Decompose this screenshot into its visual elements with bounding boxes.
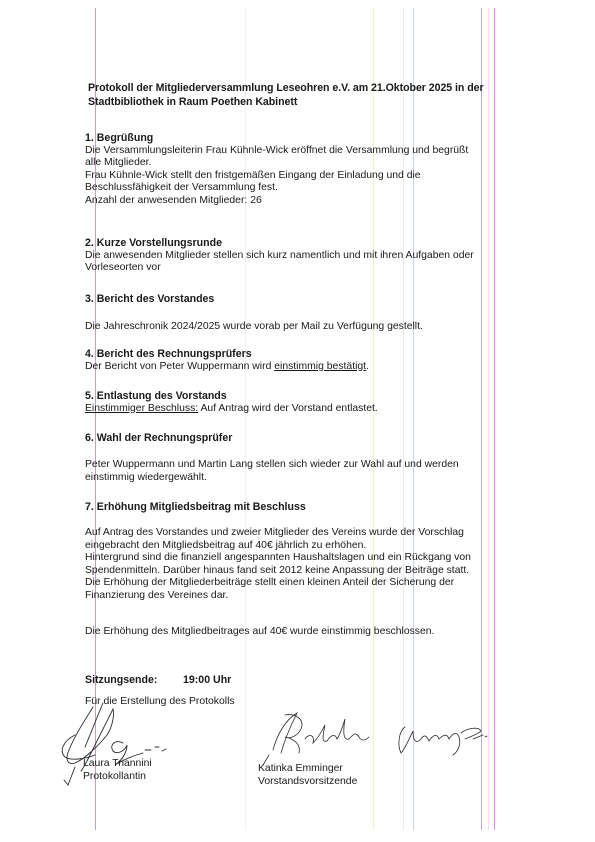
text-line: eingebracht den Mitgliedsbeitrag auf 40€… (85, 540, 555, 553)
text-line: Auf Antrag des Vorstandes und zweier Mit… (85, 527, 555, 540)
section-heading: 4. Bericht des Rechnungsprüfers (85, 348, 555, 361)
text-line: Spendenmitteln. Darüber hinaus fand seit… (85, 565, 555, 578)
text-line: Anzahl der anwesenden Mitglieder: 26 (85, 195, 555, 208)
text-fragment: Auf Antrag wird der Vorstand entlastet. (198, 403, 378, 414)
section-6: 6. Wahl der Rechnungsprüfer (85, 432, 555, 445)
section-6-body: Peter Wuppermann und Martin Lang stellen… (85, 459, 555, 484)
section-heading: 1. Begrüßung (85, 132, 555, 145)
section-5: 5. Entlastung des Vorstands Einstimmiger… (85, 390, 555, 415)
text-line: Finanzierung des Vereines dar. (85, 590, 555, 603)
text-line: Beschlussfähigkeit der Versammlung fest. (85, 182, 555, 195)
section-7-body: Auf Antrag des Vorstandes und zweier Mit… (85, 527, 555, 603)
section-7: 7. Erhöhung Mitgliedsbeitrag mit Beschlu… (85, 501, 555, 514)
section-heading: 3. Bericht des Vorstandes (85, 293, 555, 306)
signatory-1: Laura Triannini Protokollantin (83, 757, 152, 783)
session-end-time: 19:00 Uhr (183, 674, 231, 686)
section-1: 1. Begrüßung Die Versammlungsleiterin Fr… (85, 132, 555, 208)
section-3: 3. Bericht des Vorstandes (85, 293, 555, 306)
title-line: Protokoll der Mitgliederversammlung Lese… (88, 81, 558, 95)
section-heading: 5. Entlastung des Vorstands (85, 390, 555, 403)
signatory-role: Protokollantin (83, 770, 152, 783)
text-line: Vorleseorten vor (85, 262, 555, 275)
text-line: Die anwesenden Mitglieder stellen sich k… (85, 250, 555, 263)
section-2: 2. Kurze Vorstellungsrunde Die anwesende… (85, 237, 555, 275)
underlined-text: einstimmig bestätigt (274, 361, 366, 372)
text-line: Frau Kühnle-Wick stellt den fristgemäßen… (85, 170, 555, 183)
section-heading: 2. Kurze Vorstellungsrunde (85, 237, 555, 250)
underlined-text: Einstimmiger Beschluss: (85, 403, 198, 414)
text-line: Einstimmiger Beschluss: Auf Antrag wird … (85, 403, 555, 416)
text-line: Die Versammlungsleiterin Frau Kühnle-Wic… (85, 145, 555, 158)
signatory-2: Katinka Emminger Vorstandsvorsitzende (258, 762, 357, 788)
session-end: Sitzungsende: 19:00 Uhr (85, 674, 157, 686)
document-page: Protokoll der Mitgliederversammlung Lese… (0, 0, 595, 842)
text-line: Die Erhöhung der Mitgliederbeiträge stel… (85, 577, 555, 590)
signatory-name: Laura Triannini (83, 757, 152, 770)
text-fragment: . (366, 361, 369, 372)
text-fragment: Der Bericht von Peter Wuppermann wird (85, 361, 274, 372)
text-line: Die Jahreschronik 2024/2025 wurde vorab … (85, 321, 555, 334)
section-4: 4. Bericht des Rechnungsprüfers Der Beri… (85, 348, 555, 373)
text-line: Der Bericht von Peter Wuppermann wird ei… (85, 361, 555, 374)
text-line: alle Mitglieder. (85, 157, 555, 170)
section-heading: 6. Wahl der Rechnungsprüfer (85, 432, 555, 445)
signatory-name: Katinka Emminger (258, 762, 357, 775)
document-title: Protokoll der Mitgliederversammlung Lese… (88, 81, 558, 109)
title-line: Stadtbibliothek in Raum Poethen Kabinett (88, 95, 558, 109)
section-3-body: Die Jahreschronik 2024/2025 wurde vorab … (85, 321, 555, 334)
section-7-conclusion: Die Erhöhung des Mitgliedbeitrages auf 4… (85, 626, 555, 639)
section-heading: 7. Erhöhung Mitgliedsbeitrag mit Beschlu… (85, 501, 555, 514)
text-line: Hintergrund sind die finanziell angespan… (85, 552, 555, 565)
text-line: Peter Wuppermann und Martin Lang stellen… (85, 459, 555, 472)
session-end-label: Sitzungsende: (85, 674, 157, 686)
text-line: einstimmig wiedergewählt. (85, 472, 555, 485)
text-line: Die Erhöhung des Mitgliedbeitrages auf 4… (85, 626, 555, 639)
signatory-role: Vorstandsvorsitzende (258, 775, 357, 788)
